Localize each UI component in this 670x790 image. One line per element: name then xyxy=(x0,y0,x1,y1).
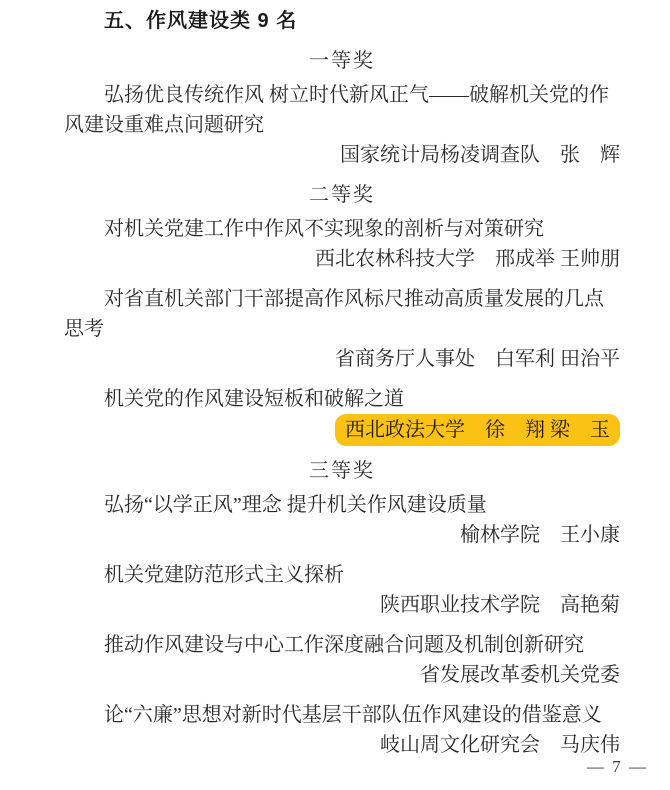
award-entry: 论“六廉”思想对新时代基层干部队伍作风建设的借鉴意义 岐山周文化研究会 马庆伟 xyxy=(64,700,620,760)
entry-title: 机关党的作风建设短板和破解之道 xyxy=(64,384,620,414)
award-entry: 弘扬“以学正风”理念 提升机关作风建设质量 榆林学院 王小康 xyxy=(64,490,620,550)
page-number: — 7 — xyxy=(587,757,648,777)
entry-authors-text: 国家统计局杨凌调查队 张 辉 xyxy=(340,140,620,170)
entry-title: 推动作风建设与中心工作深度融合问题及机制创新研究 xyxy=(64,630,620,660)
entry-title: 对省直机关部门干部提高作风标尺推动高质量发展的几点思考 xyxy=(64,284,620,344)
entry-authors-text: 陕西职业技术学院 高艳菊 xyxy=(380,590,620,620)
entry-authors-text: 榆林学院 王小康 xyxy=(460,520,620,550)
tier-label-second-prize: 二等奖 xyxy=(64,180,620,210)
tier-first-prize: 一等奖 弘扬优良传统作风 树立时代新风正气——破解机关党的作风建设重难点问题研究… xyxy=(64,46,620,170)
tier-second-prize: 二等奖 对机关党建工作中作风不实现象的剖析与对策研究 西北农林科技大学 邢成举 … xyxy=(64,180,620,446)
award-entry: 推动作风建设与中心工作深度融合问题及机制创新研究 省发展改革委机关党委 xyxy=(64,630,620,690)
section-title: 五、作风建设类 9 名 xyxy=(104,6,620,36)
award-entry: 机关党建防范形式主义探析 陕西职业技术学院 高艳菊 xyxy=(64,560,620,620)
entry-authors-highlight: 西北政法大学 徐 翔 梁 玉 xyxy=(335,414,620,446)
entry-title: 弘扬优良传统作风 树立时代新风正气——破解机关党的作风建设重难点问题研究 xyxy=(64,80,620,140)
entry-authors: 省发展改革委机关党委 xyxy=(64,660,620,690)
tier-third-prize: 三等奖 弘扬“以学正风”理念 提升机关作风建设质量 榆林学院 王小康 机关党建防… xyxy=(64,456,620,760)
entry-title: 机关党建防范形式主义探析 xyxy=(64,560,620,590)
entry-authors: 西北农林科技大学 邢成举 王帅朋 xyxy=(64,244,620,274)
entry-authors: 陕西职业技术学院 高艳菊 xyxy=(64,590,620,620)
entry-authors-text: 西北农林科技大学 邢成举 王帅朋 xyxy=(315,244,620,274)
entry-authors: 榆林学院 王小康 xyxy=(64,520,620,550)
entry-title: 论“六廉”思想对新时代基层干部队伍作风建设的借鉴意义 xyxy=(64,700,620,730)
entry-title: 对机关党建工作中作风不实现象的剖析与对策研究 xyxy=(64,214,620,244)
entry-authors: 省商务厅人事处 白军利 田治平 xyxy=(64,344,620,374)
entry-authors: 国家统计局杨凌调查队 张 辉 xyxy=(64,140,620,170)
award-entry-highlighted: 机关党的作风建设短板和破解之道 西北政法大学 徐 翔 梁 玉 xyxy=(64,384,620,446)
entry-authors-text: 岐山周文化研究会 马庆伟 xyxy=(380,730,620,760)
entry-authors: 西北政法大学 徐 翔 梁 玉 xyxy=(64,414,620,446)
tier-label-third-prize: 三等奖 xyxy=(64,456,620,486)
award-entry: 对省直机关部门干部提高作风标尺推动高质量发展的几点思考 省商务厅人事处 白军利 … xyxy=(64,284,620,374)
award-entry: 对机关党建工作中作风不实现象的剖析与对策研究 西北农林科技大学 邢成举 王帅朋 xyxy=(64,214,620,274)
entry-authors: 岐山周文化研究会 马庆伟 xyxy=(64,730,620,760)
document-page: 五、作风建设类 9 名 一等奖 弘扬优良传统作风 树立时代新风正气——破解机关党… xyxy=(0,0,670,790)
tier-label-first-prize: 一等奖 xyxy=(64,46,620,76)
entry-title: 弘扬“以学正风”理念 提升机关作风建设质量 xyxy=(64,490,620,520)
entry-authors-text: 省发展改革委机关党委 xyxy=(420,660,620,690)
award-entry: 弘扬优良传统作风 树立时代新风正气——破解机关党的作风建设重难点问题研究 国家统… xyxy=(64,80,620,170)
entry-authors-text: 省商务厅人事处 白军利 田治平 xyxy=(335,344,620,374)
